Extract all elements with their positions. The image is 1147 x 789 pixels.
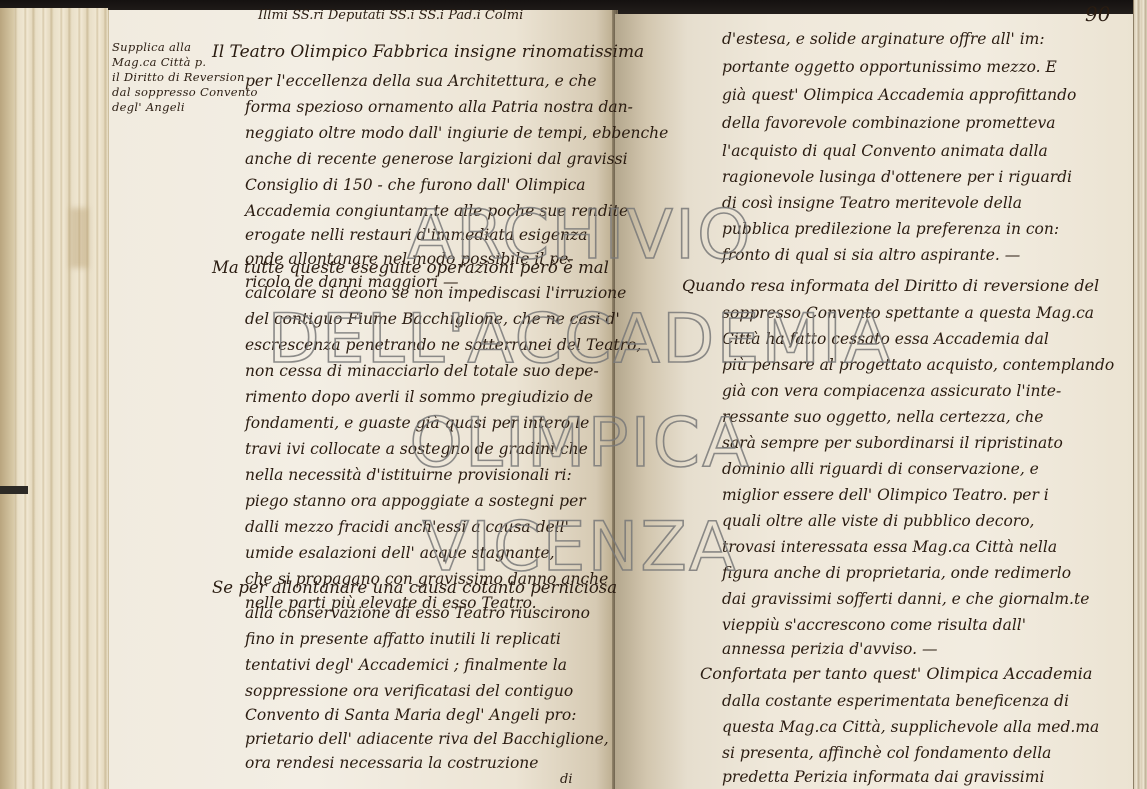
text-line: ressante suo oggetto, nella certezza, ch… — [722, 408, 1043, 426]
text-line: dominio alli riguardi di conservazione, … — [722, 460, 1039, 478]
text-line: non cessa di minacciarlo del totale suo … — [245, 362, 599, 380]
text-line: dalla costante esperimentata beneficenza… — [722, 692, 1069, 710]
text-line: dai gravissimi sofferti danni, e che gio… — [722, 590, 1089, 608]
text-line: Convento di Santa Maria degl' Angeli pro… — [245, 706, 576, 724]
text-line: d'estesa, e solide arginature offre all'… — [722, 30, 1045, 48]
text-line: annessa perizia d'avviso. — — [722, 640, 937, 658]
text-line: erogate nelli restauri d'immediata esige… — [245, 226, 587, 244]
text-line: Accademia congiuntam.te alle poche sue r… — [245, 202, 628, 220]
text-line: escrescenza penetrando ne sotterranei de… — [245, 336, 641, 354]
text-line: Consiglio di 150 - che furono dall' Olim… — [245, 176, 586, 194]
text-line: di così insigne Teatro meritevole della — [722, 194, 1022, 212]
text-line: per l'eccellenza della sua Architettura,… — [245, 72, 597, 90]
text-line: portante oggetto opportunissimo mezzo. E — [722, 58, 1057, 76]
text-line: predetta Perizia informata dai gravissim… — [722, 768, 1044, 786]
text-line: tentativi degl' Accademici ; finalmente … — [245, 656, 567, 674]
text-line: fondamenti, e guaste già quasi per inter… — [245, 414, 589, 432]
text-line: prietario dell' adiacente riva del Bacch… — [245, 730, 609, 748]
text-line: fronto di qual si sia altro aspirante. — — [722, 246, 1020, 264]
bookmark-ribbon — [0, 486, 28, 494]
margin-note-line: degl' Angeli — [112, 100, 258, 115]
text-line: l'acquisto di qual Convento animata dall… — [722, 142, 1048, 160]
text-line: calcolare si deono se non impediscasi l'… — [245, 284, 626, 302]
left-page-header: Illmi SS.ri Deputati SS.i SS.i Pad.i Col… — [258, 8, 523, 23]
text-line: travi ivi collocate a sostegno de gradin… — [245, 440, 588, 458]
right-page-edges — [1133, 0, 1147, 789]
text-line: quali oltre alle viste di pubblico decor… — [722, 512, 1034, 530]
text-line: Quando resa informata del Diritto di rev… — [682, 276, 1099, 295]
text-line: miglior essere dell' Olimpico Teatro. pe… — [722, 486, 1049, 504]
text-line: già quest' Olimpica Accademia approfitta… — [722, 86, 1076, 104]
text-line: pubblica predilezione la preferenza in c… — [722, 220, 1059, 238]
text-line: umide esalazioni dell' acque stagnante, — [245, 544, 555, 562]
text-line: più pensare al progettato acquisto, cont… — [722, 356, 1114, 374]
catchword: di — [560, 772, 572, 787]
text-line: questa Mag.ca Città, supplichevole alla … — [722, 718, 1099, 736]
text-line: figura anche di proprietaria, onde redim… — [722, 564, 1071, 582]
text-line: Confortata per tanto quest' Olimpica Acc… — [700, 664, 1092, 683]
text-line: fino in presente affatto inutili li repl… — [245, 630, 561, 648]
text-line: vieppiù s'accrescono come risulta dall' — [722, 616, 1026, 634]
text-line: anche di recente generose largizioni dal… — [245, 150, 628, 168]
text-line: della favorevole combinazione prometteva — [722, 114, 1056, 132]
margin-note-line: dal soppresso Convento — [112, 85, 258, 100]
page-number: 90 — [1085, 2, 1110, 26]
manuscript-scan: Illmi SS.ri Deputati SS.i SS.i Pad.i Col… — [0, 0, 1147, 789]
text-line: rimento dopo averli il sommo pregiudizio… — [245, 388, 593, 406]
text-line: dalli mezzo fracidi anch'essi a causa de… — [245, 518, 569, 536]
text-line: soppresso Convento spettante a questa Ma… — [722, 304, 1094, 322]
text-line: ora rendesi necessaria la costruzione — [245, 754, 538, 772]
text-line: neggiato oltre modo dall' ingiurie de te… — [245, 124, 668, 142]
text-line: Città ha fatto cessato essa Accademia da… — [722, 330, 1049, 348]
text-line: nella necessità d'istituirne provisional… — [245, 466, 572, 484]
text-line: soppressione ora verificatasi del contig… — [245, 682, 573, 700]
text-line: Se per allontanare una causa cotanto per… — [212, 578, 617, 597]
text-line: ragionevole lusinga d'ottenere per i rig… — [722, 168, 1072, 186]
text-line: del contiguo Fiume Bacchiglione, che ne … — [245, 310, 620, 328]
page-edges-stack — [0, 8, 108, 789]
margin-note-line: il Diritto di Reversion — [112, 70, 258, 85]
text-line: trovasi interessata essa Mag.ca Città ne… — [722, 538, 1057, 556]
text-line: forma spezioso ornamento alla Patria nos… — [245, 98, 633, 116]
text-line: piego stanno ora appoggiate a sostegni p… — [245, 492, 586, 510]
text-line: già con vera compiacenza assicurato l'in… — [722, 382, 1061, 400]
text-line: Il Teatro Olimpico Fabbrica insigne rino… — [212, 42, 644, 62]
text-line: sarà sempre per subordinarsi il ripristi… — [722, 434, 1063, 452]
text-line: alla conservazione di esso Teatro riusci… — [245, 604, 590, 622]
text-line: Ma tutte queste eseguite operazioni però… — [212, 258, 609, 277]
text-line: si presenta, affinchè col fondamento del… — [722, 744, 1051, 762]
